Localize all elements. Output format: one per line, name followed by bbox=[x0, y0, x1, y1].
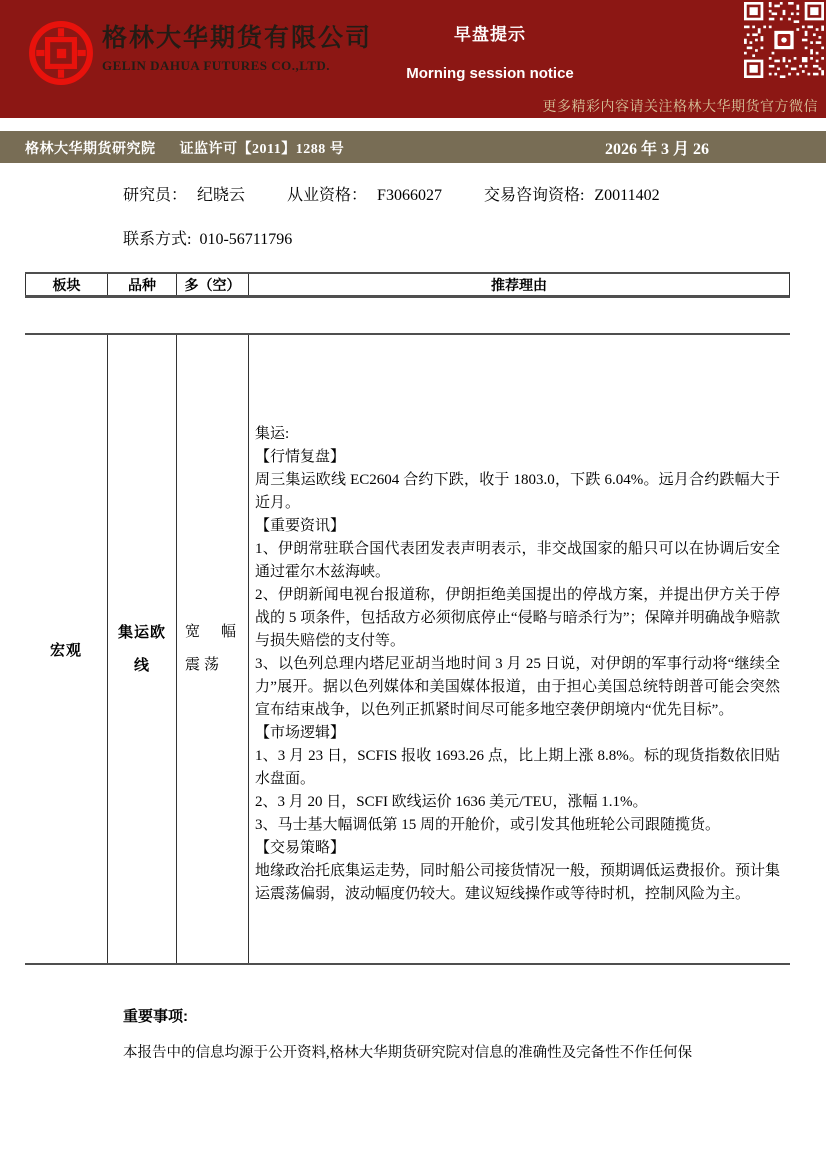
col-header-sector: 板块 bbox=[25, 274, 107, 295]
report-date: 2026 年 3 月 26 bbox=[605, 136, 709, 159]
disclaimer-text: 本报告中的信息均源于公开资料,格林大华期货研究院对信息的准确性及完备性不作任何保 bbox=[123, 1041, 692, 1062]
wechat-follow-tip: 更多精彩内容请关注格林大华期货官方微信 bbox=[543, 96, 819, 116]
researcher-name: 纪晓云 bbox=[197, 187, 245, 204]
notice-title-block: 早盘提示 Morning session notice bbox=[380, 20, 600, 82]
wechat-qr-icon bbox=[744, 2, 824, 78]
researcher-label: 研究员： bbox=[123, 187, 187, 204]
qualification-label: 从业资格： bbox=[287, 187, 367, 204]
company-name-en: GELIN DAHUA FUTURES CO.,LTD. bbox=[102, 58, 372, 74]
reason-cell: 集运: 【行情复盘】 周三集运欧线 EC2604 合约下跌，收于 1803.0，… bbox=[248, 335, 790, 963]
advisory-label: 交易咨询资格: bbox=[484, 187, 584, 204]
contact-label: 联系方式: bbox=[123, 231, 191, 248]
analyst-info-row: 研究员：纪晓云从业资格：F3066027交易咨询资格:Z0011402 bbox=[123, 182, 660, 205]
institute-info-bar: 格林大华期货研究院 证监许可【2011】1288 号 2026 年 3 月 26 bbox=[0, 131, 826, 163]
qualification-number: F3066027 bbox=[377, 187, 442, 204]
contact-phone: 010-56711796 bbox=[199, 231, 292, 248]
advisory-number: Z0011402 bbox=[594, 187, 659, 204]
company-logo-icon bbox=[28, 20, 94, 86]
company-name-block: 格林大华期货有限公司 GELIN DAHUA FUTURES CO.,LTD. bbox=[102, 25, 372, 74]
institute-name: 格林大华期货研究院 bbox=[25, 142, 156, 157]
contact-info-row: 联系方式:010-56711796 bbox=[123, 226, 292, 249]
recommendation-table-row: 宏观 集运欧线 宽幅震荡 集运: 【行情复盘】 周三集运欧线 EC2604 合约… bbox=[25, 333, 790, 965]
license-number: 证监许可【2011】1288 号 bbox=[180, 142, 345, 157]
header-banner: 格林大华期货有限公司 GELIN DAHUA FUTURES CO.,LTD. … bbox=[0, 0, 826, 118]
institute-license: 格林大华期货研究院 证监许可【2011】1288 号 bbox=[25, 138, 344, 158]
direction-cell: 宽幅震荡 bbox=[176, 335, 248, 963]
variety-cell: 集运欧线 bbox=[107, 335, 176, 963]
company-name-cn: 格林大华期货有限公司 bbox=[102, 25, 372, 53]
sector-cell: 宏观 bbox=[25, 335, 107, 963]
important-notes-title: 重要事项: bbox=[123, 1005, 188, 1026]
col-header-reason: 推荐理由 bbox=[248, 274, 789, 295]
morning-notice-document: 格林大华期货有限公司 GELIN DAHUA FUTURES CO.,LTD. … bbox=[0, 0, 826, 1169]
recommendation-table-header: 板块 品种 多（空） 推荐理由 bbox=[25, 272, 790, 298]
col-header-variety: 品种 bbox=[107, 274, 176, 295]
col-header-direction: 多（空） bbox=[176, 274, 248, 295]
notice-title-cn: 早盘提示 bbox=[380, 20, 600, 45]
notice-title-en: Morning session notice bbox=[380, 65, 600, 82]
